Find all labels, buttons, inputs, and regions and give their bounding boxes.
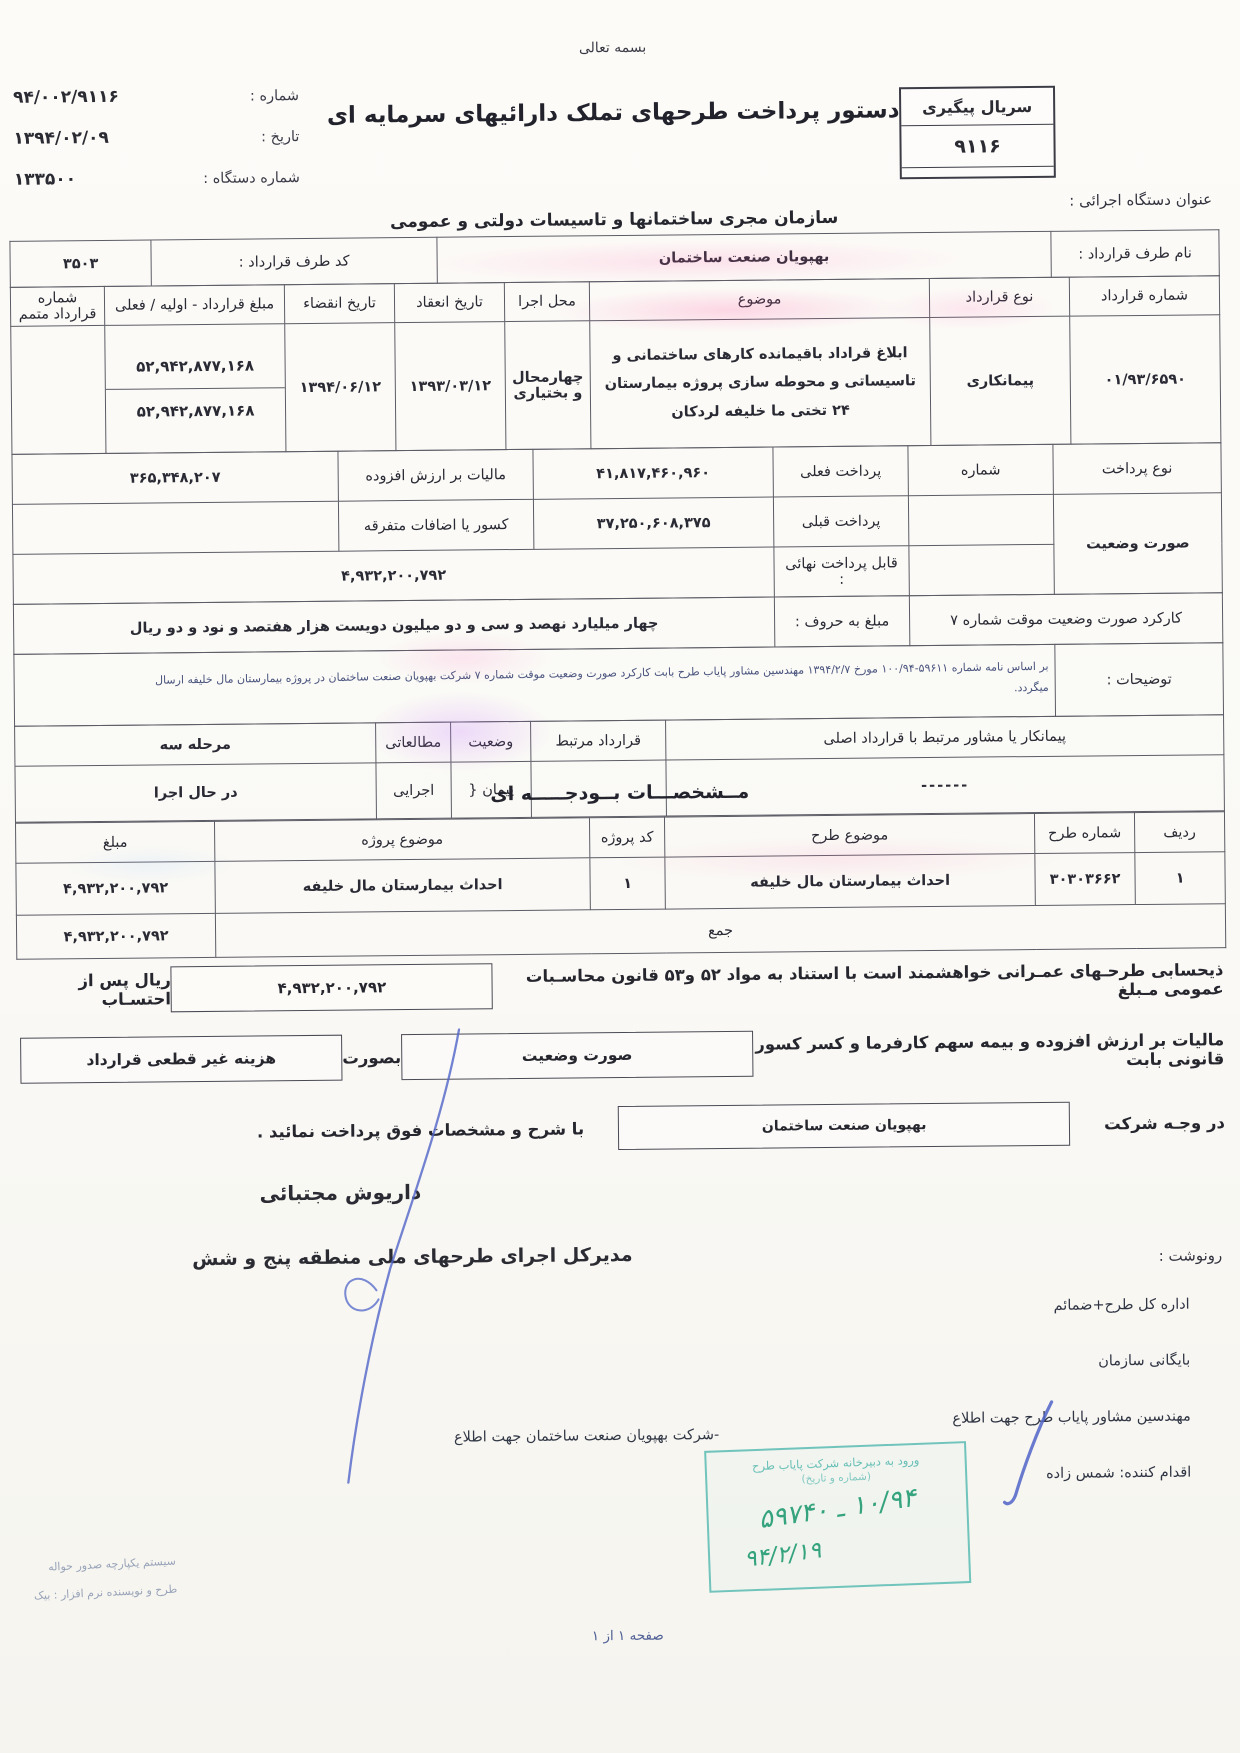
order-line2-text-a: مالیات بر ارزش افزوده و بیمه سهم کارفرما…	[753, 1030, 1224, 1073]
contract-expiry-date-header: تاریخ انقضاء	[284, 284, 394, 324]
cc-item-archive: بایگانی سازمان	[952, 1353, 1191, 1411]
supplement-contract-number-header: شماره قرارداد متمم	[10, 286, 104, 326]
contract-amount-initial: ۵۲,۹۴۲,۸۷۷,۱۶۸	[105, 343, 284, 390]
order-line3-text-a: در وجـه شرکت	[1104, 1113, 1225, 1133]
receipt-stamp: ورود به دبیرخانه شرکت پایاب طرح (شماره و…	[704, 1441, 971, 1593]
contract-type-header: نوع قرارداد	[929, 277, 1069, 317]
current-payment-value: ۴۱,۸۱۷,۴۶۰,۹۶۰	[533, 447, 773, 499]
contract-details-table: شماره قرارداد نوع قرارداد موضوع محل اجرا…	[10, 275, 1222, 455]
budget-plan-subject-value: احداث بیمارستان مال خلیفه	[665, 854, 1035, 910]
contract-location-header: محل اجرا	[504, 282, 589, 322]
contract-amount-current: ۵۲,۹۴۲,۸۷۷,۱۶۸	[106, 388, 285, 434]
stage-header: مرحله سه	[15, 723, 376, 766]
supplement-contract-number-value	[11, 325, 106, 454]
budget-amount-header: مبلغ	[16, 821, 215, 863]
amount-in-words-label: مبلغ به حروف :	[774, 596, 909, 647]
contract-number-value: ۰۱/۹۳/۶۵۹۰	[1070, 315, 1221, 444]
tracking-serial-box: سریال پیگیری ۹۱۱۶	[899, 86, 1056, 179]
order-payee-box: بهپویان صنعت ساختمان	[618, 1102, 1070, 1150]
cc-side-item-company: -شرکت بهپویان صنعت ساختمان جهت اطلاع	[454, 1427, 719, 1446]
cc-label: رونوشت :	[1159, 1246, 1223, 1265]
payment-details-table: نوع پرداخت شماره پرداخت فعلی ۴۱,۸۱۷,۴۶۰,…	[11, 442, 1222, 605]
budget-project-subject-value: احداث بیمارستان مال خلیفه	[215, 858, 590, 914]
scanned-payment-order-document: بسمه تعالی شماره : ۹۴/۰۰۲/۹۱۱۶ تاریخ : ۱…	[0, 0, 1240, 1753]
notes-label: توضیحات :	[1055, 643, 1224, 717]
payment-number-empty2	[909, 544, 1054, 595]
page-number: صفحه ۱ از ۱	[8, 1622, 1240, 1650]
status-header: وضعیت	[451, 721, 531, 762]
previous-payment-value: ۳۷,۲۵۰,۶۰۸,۳۷۵	[533, 497, 773, 549]
budget-plan-no-value: ۳۰۳۰۳۶۶۲	[1035, 853, 1135, 906]
order-line3-text-b: با شرح و مشخصات فوق پرداخت نمائید .	[257, 1119, 584, 1141]
final-payable-label: قابل پرداخت نهائی :	[774, 546, 909, 597]
budget-project-code-header: کد پروژه	[589, 817, 664, 858]
signatory-name: داریوش مجتبائی	[259, 1180, 421, 1206]
contract-type-value: پیمانکاری	[930, 316, 1071, 445]
party-code-value: ۳۵۰۳	[10, 240, 151, 287]
budget-project-subject-header: موضوع پروژه	[214, 818, 589, 862]
main-contract-table: نام طرف قرارداد : بهپویان صنعت ساختمان ک…	[9, 230, 1225, 823]
budget-plan-subject-header: موضوع طرح	[664, 814, 1034, 858]
cc-item-handler: اقدام کننده: شمس زاده	[953, 1465, 1192, 1523]
payment-number-empty	[908, 494, 1053, 545]
party-name-label: نام طرف قرارداد :	[1051, 230, 1219, 278]
contract-subject-value: ابلاغ قراداد باقیمانده کارهای ساختمانی و…	[590, 318, 931, 449]
amount-in-words-value: چهار میلیارد نهصد و سی و دو میلیون دویست…	[13, 597, 774, 654]
order-line1-text-a: ذیحسابی طرحـهای عمـرانی خواهشمند است با …	[493, 960, 1224, 1005]
contract-number-header: شماره قرارداد	[1069, 276, 1219, 316]
misc-deductions-empty	[12, 501, 338, 554]
bismillah-text: بسمه تعالی	[0, 34, 1233, 62]
order-expense-type-box: هزینه غیر قطعی قرارداد	[20, 1035, 342, 1084]
contract-subject-header: موضوع	[589, 279, 929, 321]
cc-item-consultant: مهندسین مشاور پایاب طرح جهت اطلاع	[952, 1409, 1191, 1467]
budget-row-header: ردیف	[1134, 812, 1224, 853]
budget-table: ردیف شماره طرح موضوع طرح کد پروژه موضوع …	[15, 811, 1226, 960]
order-line1-text-b: ریال پس از احتسـاب	[19, 970, 171, 1009]
related-contractor-header: پیمانکار یا مشاور مرتبط با قرارداد اصلی	[666, 715, 1224, 760]
budget-plan-no-header: شماره طرح	[1034, 813, 1134, 854]
software-credit-block: سیستم یکپارچه صدور حواله طرح و نویسنده ن…	[32, 1548, 178, 1610]
vat-value: ۳۶۵,۳۴۸,۲۰۷	[12, 451, 338, 504]
budget-row-value: ۱	[1135, 852, 1225, 905]
contract-amounts-stack: ۵۲,۹۴۲,۸۷۷,۱۶۸ ۵۲,۹۴۲,۸۷۷,۱۶۸	[105, 343, 285, 434]
related-contract-header: قرارداد مرتبط	[531, 720, 666, 761]
statement-label: صورت وضعیت	[1053, 493, 1222, 595]
tracking-serial-label: سریال پیگیری	[901, 88, 1053, 126]
order-statement-box: صورت وضعیت	[401, 1031, 753, 1080]
budget-sum-value: ۴,۹۳۲,۲۰۰,۷۹۲	[16, 913, 215, 959]
payment-number-label: شماره	[908, 444, 1053, 495]
stamp-handwritten-date: ۹۴/۲/۱۹	[743, 1537, 823, 1572]
contract-expiry-date-value: ۱۳۹۴/۰۶/۱۲	[285, 323, 396, 452]
party-code-label: کد طرف قرارداد :	[151, 237, 437, 286]
order-amount-box: ۴,۹۳۲,۲۰۰,۷۹۲	[171, 963, 493, 1012]
current-payment-label: پرداخت فعلی	[773, 446, 908, 497]
device-number-value: ۱۳۳۵۰۰	[14, 169, 76, 190]
cc-list: اداره کل طرح+ضمائم بایگانی سازمان مهندسی…	[951, 1297, 1192, 1523]
tracking-serial-spacer	[902, 167, 1054, 177]
payment-type-label: نوع پرداخت	[1053, 443, 1221, 495]
budget-amount-value: ۴,۹۳۲,۲۰۰,۷۹۲	[16, 861, 215, 915]
study-header: مطالعاتی	[376, 722, 451, 763]
payment-order-line3: در وجـه شرکت بهپویان صنعت ساختمان با شرح…	[21, 1100, 1225, 1156]
doc-date-label: تاریخ :	[261, 129, 300, 145]
payment-order-line2: مالیات بر ارزش افزوده و بیمه سهم کارفرما…	[20, 1026, 1224, 1084]
budget-project-code-value: ۱	[590, 857, 665, 910]
contract-amount-header: مبلغ قرارداد - اولیه / فعلی	[104, 285, 284, 326]
signatory-title: مدیرکل اجرای طرحهای ملی منطقه پنج و شش	[192, 1244, 633, 1270]
cc-item-plan-office: اداره کل طرح+ضمائم	[951, 1297, 1190, 1355]
notes-table: توضیحات : بر اساس نامه شماره ۵۹۶۱۱-۱۰۰/۹…	[13, 642, 1224, 727]
payment-order-line1: ذیحسابی طرحـهای عمـرانی خواهشمند است با …	[19, 956, 1223, 1014]
contract-signing-date-header: تاریخ انعقاد	[394, 283, 504, 323]
order-line2-text-b: بصورت	[342, 1048, 401, 1068]
vat-label: مالیات بر ارزش افزوده	[338, 449, 533, 501]
pen-signature-curl	[345, 1279, 379, 1311]
contract-signing-date-value: ۱۳۹۳/۰۳/۱۲	[395, 322, 506, 451]
contract-location-value: چهارمحال و بختیاری	[505, 321, 591, 450]
device-number-row: شماره دستگاه : ۱۳۳۵۰۰	[14, 167, 300, 190]
budget-sum-label: جمع	[215, 904, 1225, 958]
budget-table-wrap: ردیف شماره طرح موضوع طرح کد پروژه موضوع …	[15, 812, 1226, 960]
party-name-value: بهپویان صنعت ساختمان	[437, 231, 1051, 283]
final-payable-value: ۴,۹۳۲,۲۰۰,۷۹۲	[13, 547, 774, 604]
worklog-statement-text: کارکرد صورت وضعیت موقت شماره ۷	[909, 593, 1222, 646]
previous-payment-label: پرداخت قبلی	[773, 496, 908, 547]
doc-number-label: شماره :	[250, 88, 299, 104]
tracking-serial-value: ۹۱۱۶	[901, 125, 1053, 168]
device-number-label: شماره دستگاه :	[203, 170, 300, 187]
misc-deductions-label: کسور یا اضافات متفرقه	[338, 499, 533, 551]
